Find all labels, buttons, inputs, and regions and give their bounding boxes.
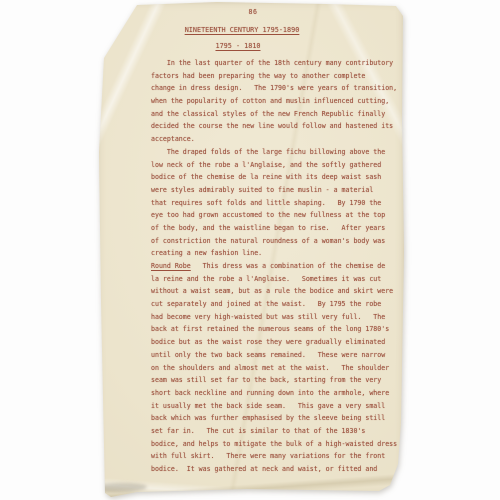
underlined-paragraph-heading: Round Robe: [151, 262, 191, 270]
typed-line: Round Robe This dress was a combination …: [151, 260, 401, 273]
typed-line: it usually met the back side seam. This …: [151, 400, 401, 413]
typed-line: back at first retained the numerous seam…: [151, 323, 401, 336]
typed-line: seam was still set far to the back, star…: [151, 374, 401, 387]
typed-line: decided the course the new line would fo…: [151, 120, 401, 133]
typed-line: set far in. The cut is similar to that o…: [151, 425, 401, 438]
typed-lines: In the last quarter of the 18th century …: [151, 57, 401, 476]
typed-line: bodice. It was gathered at neck and wais…: [151, 463, 401, 476]
typed-line: The draped folds of the large fichu bill…: [151, 146, 401, 159]
typed-line: on the shoulders and almost met at the w…: [151, 362, 401, 375]
typed-line: had become very high-waisted but was sti…: [151, 311, 401, 324]
typed-line: creating a new fashion line.: [151, 247, 401, 260]
typed-line: that requires soft folds and little shap…: [151, 197, 401, 210]
typed-line: short back neckline and running down int…: [151, 387, 401, 400]
typed-line: when the popularity of cotton and muslin…: [151, 95, 401, 108]
typed-line: of constriction the natural roundness of…: [151, 235, 401, 248]
typed-line: la reine and the robe a l'Anglaise. Some…: [151, 273, 401, 286]
typed-line: factors had been preparing the way to an…: [151, 70, 401, 83]
typed-line: change in dress design. The 1790's were …: [151, 82, 401, 95]
paper-wrap: 86 NINETEENTH CENTURY 1795-1890 1795 - 1…: [97, 2, 405, 498]
typed-line: until only the two back seams remained. …: [151, 349, 401, 362]
page-number: 86: [99, 8, 407, 16]
typed-line: In the last quarter of the 18th century …: [151, 57, 401, 70]
pencil-smudge: [93, 482, 147, 493]
typed-line: bodice, and helps to mitigate the bulk o…: [151, 438, 401, 451]
section-subtitle: 1795 - 1810: [84, 42, 392, 50]
typed-line: bodice but as the waist rose they were g…: [151, 336, 401, 349]
scan-background: 86 NINETEENTH CENTURY 1795-1890 1795 - 1…: [0, 0, 500, 500]
typed-line: were styles admirably suited to fine mus…: [151, 184, 401, 197]
typed-line: low neck of the robe a l'Anglaise, and t…: [151, 159, 401, 172]
typed-line: without a waist seam, but as a rule the …: [151, 285, 401, 298]
paper-sheet: 86 NINETEENTH CENTURY 1795-1890 1795 - 1…: [97, 2, 405, 498]
typed-line: with full skirt. There were many variati…: [151, 450, 401, 463]
typed-line: cut separately and joined at the waist. …: [151, 298, 401, 311]
document-title: NINETEENTH CENTURY 1795-1890: [88, 26, 396, 34]
typed-line: of the body, and the waistline began to …: [151, 222, 401, 235]
typed-line: back which was further emphasised by the…: [151, 412, 401, 425]
typed-line: and the classical styles of the new Fren…: [151, 108, 401, 121]
typed-line: acceptance.: [151, 133, 401, 146]
typed-line: bodice of the chemise de la reine with i…: [151, 171, 401, 184]
typed-line: eye too had grown accustomed to the new …: [151, 209, 401, 222]
